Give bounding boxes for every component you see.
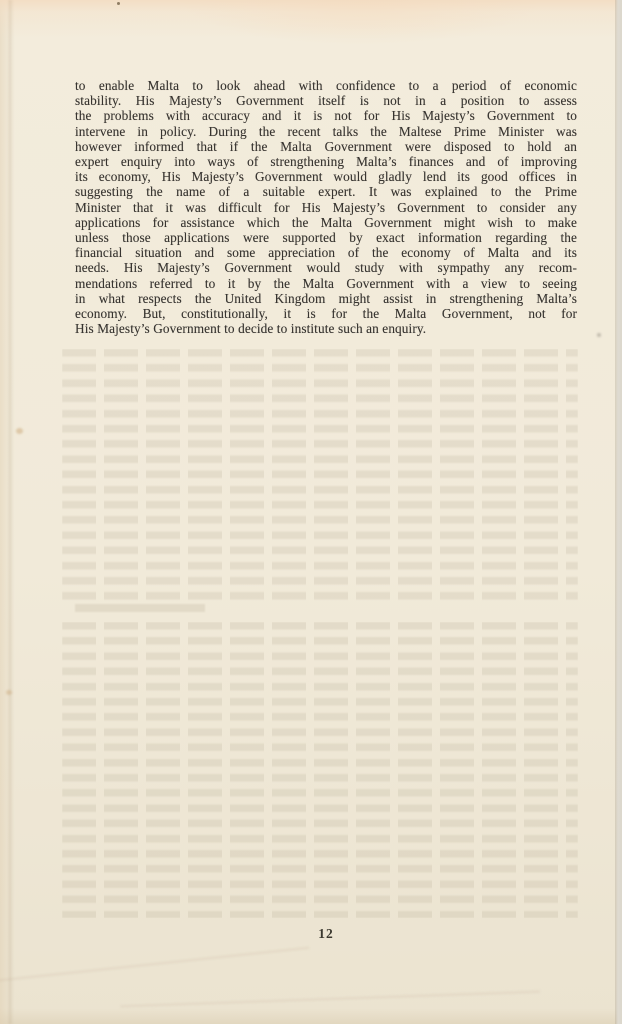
text-line: His Majesty’s Government to decide to in… [75,321,577,336]
text-line: to enable Malta to look ahead with confi… [75,78,577,93]
foxing-spot [597,333,601,337]
text-line: intervene in policy. During the recent t… [75,124,577,139]
text-line: Minister that it was difficult for His M… [75,200,577,215]
scanned-page: to enable Malta to look ahead with confi… [0,0,622,1024]
bleedthrough-text-block-upper [62,349,578,606]
text-line: in what respects the United Kingdom migh… [75,291,577,306]
text-line: suggesting the name of a suitable expert… [75,184,577,199]
text-line: needs. His Majesty’s Government would st… [75,260,577,275]
foxing-spot [6,690,12,695]
bleedthrough-text-block-lower [62,622,578,918]
text-line: stability. His Majesty’s Government itse… [75,93,577,108]
text-line: however informed that if the Malta Gover… [75,139,577,154]
text-line: unless those applications were supported… [75,230,577,245]
page-left-crease [7,0,14,1024]
text-line: mendations referred to it by the Malta G… [75,276,577,291]
foxing-spot [16,428,23,434]
text-line: economy. But, constitutionally, it is fo… [75,306,577,321]
ink-speck [117,2,120,5]
text-line: applications for assistance which the Ma… [75,215,577,230]
text-line: financial situation and some appreciatio… [75,245,577,260]
page-number: 12 [75,926,577,942]
text-line: expert enquiry into ways of strengthenin… [75,154,577,169]
paper-crease [0,947,309,983]
body-text: to enable Malta to look ahead with confi… [75,78,577,336]
text-line: its economy, His Majesty’s Government wo… [75,169,577,184]
paper-crease [120,991,540,1008]
text-line: the problems with accuracy and it is not… [75,108,577,123]
page-right-edge [615,0,622,1024]
bleedthrough-heading-line [75,604,205,612]
